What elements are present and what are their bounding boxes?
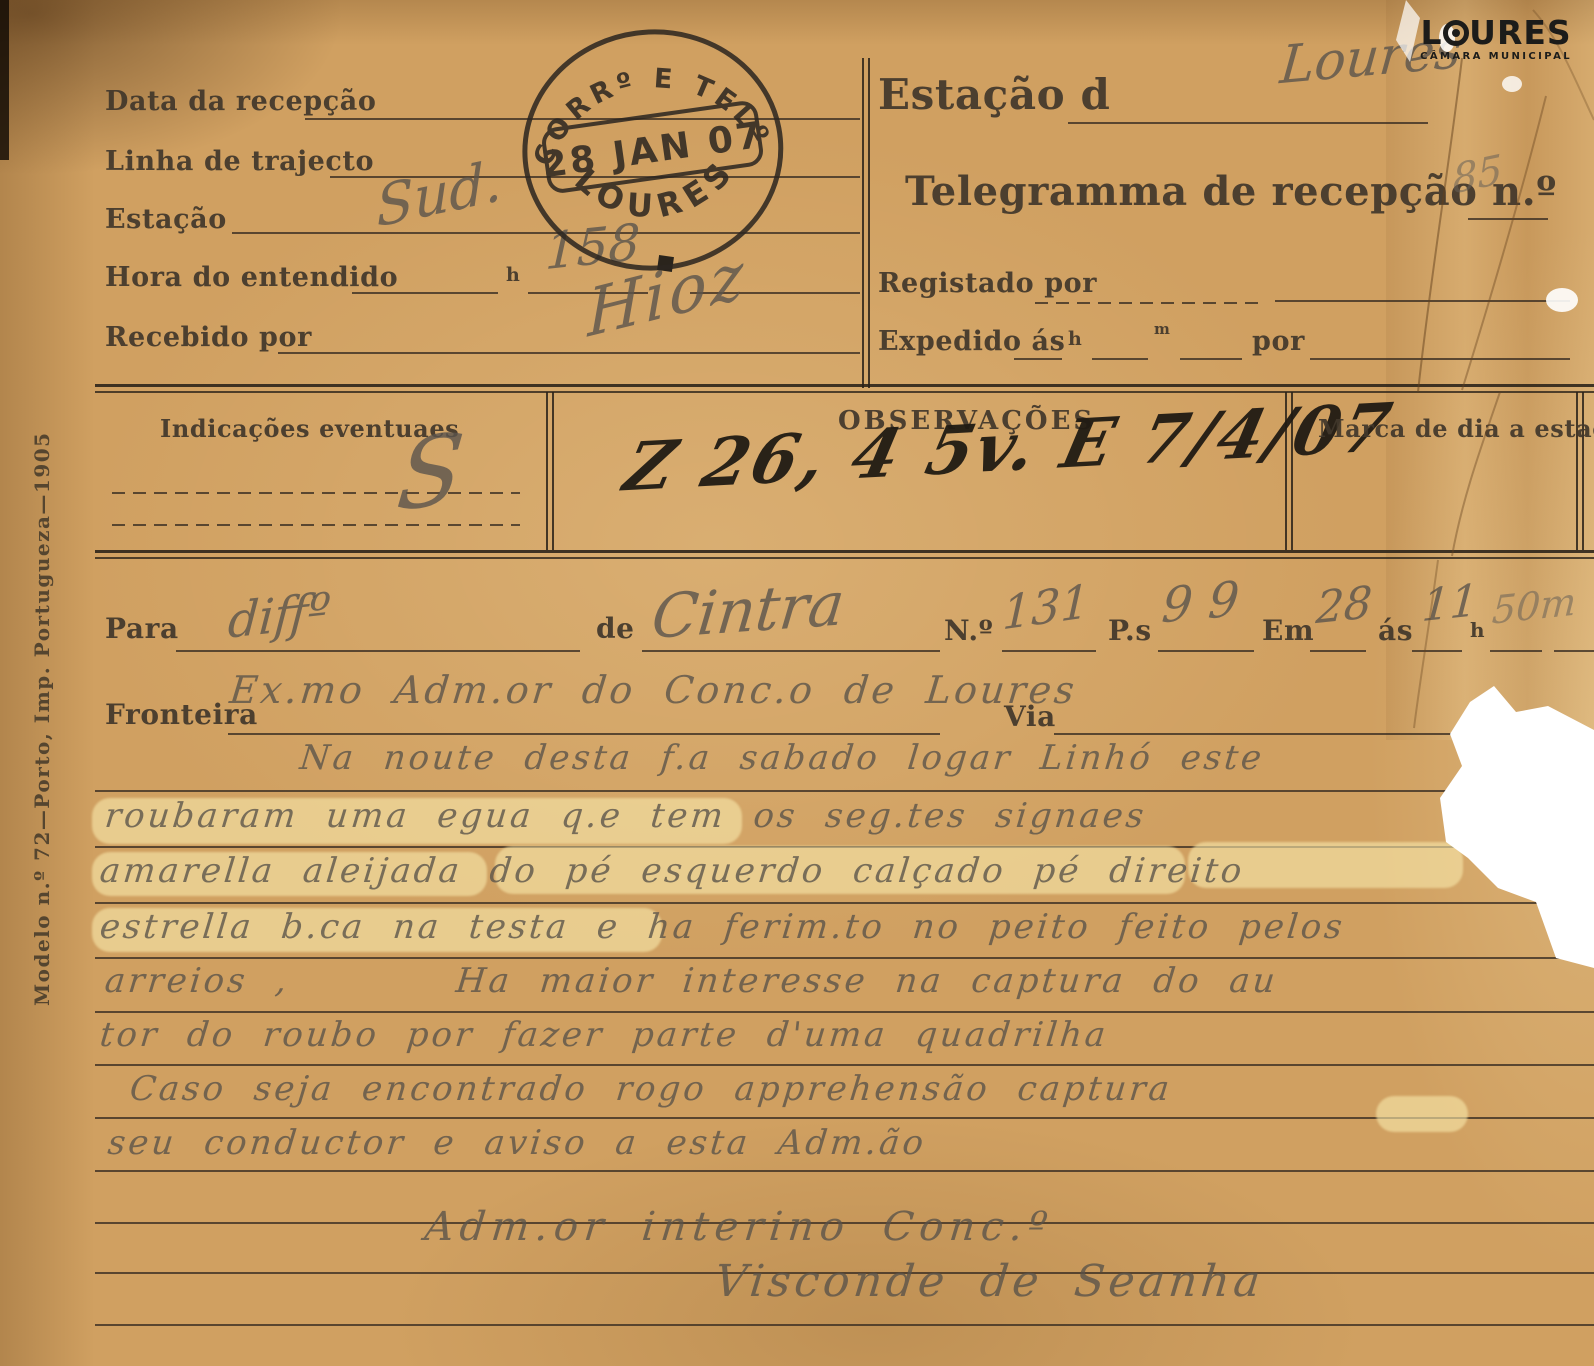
logo-o-mark bbox=[1443, 20, 1469, 46]
field-line bbox=[1054, 733, 1594, 735]
field-line bbox=[1310, 358, 1570, 360]
ruled-line bbox=[95, 902, 1594, 904]
field-unit-h: h bbox=[1470, 618, 1485, 642]
handwriting-indicacoes-value: S bbox=[392, 412, 468, 534]
field-label-expedido-as: Expedido ás bbox=[878, 326, 1065, 357]
field-label-linha-trajecto: Linha de trajecto bbox=[105, 146, 374, 177]
message-signature-role: Adm.or interino Conc.º bbox=[423, 1204, 1056, 1250]
scan-edge-shadow bbox=[0, 0, 9, 160]
telegram-reception-form: Modelo n.º 72—Porto, Imp. Portugueza—190… bbox=[0, 0, 1594, 1366]
ruled-line bbox=[95, 1324, 1594, 1326]
message-line: amarella aleijada do pé esquerdo calçado… bbox=[98, 851, 1247, 891]
handwriting-em-value: 28 bbox=[1314, 577, 1373, 635]
field-label-ps: P.s bbox=[1108, 614, 1152, 647]
postmark-stamp: CORRº E TELº 28 JAN 07 LOURES bbox=[505, 13, 800, 292]
field-label-por: por bbox=[1252, 326, 1305, 357]
field-unit-h: h bbox=[1068, 328, 1082, 350]
field-unit-h: h bbox=[506, 264, 520, 286]
message-line: Na noute desta f.a sabado logar Linhó es… bbox=[298, 738, 1266, 778]
field-label-em: Em bbox=[1262, 614, 1314, 647]
message-line: roubaram uma egua q.e tem os seg.tes sig… bbox=[103, 796, 1149, 836]
separator-rule bbox=[95, 550, 1594, 559]
field-line bbox=[278, 352, 860, 354]
field-label-as: ás bbox=[1378, 614, 1413, 647]
field-label-data-recepcao: Data da recepção bbox=[105, 86, 377, 117]
ruled-line bbox=[95, 1117, 1594, 1119]
field-line bbox=[1014, 358, 1062, 360]
printer-imprint: Modelo n.º 72—Porto, Imp. Portugueza—190… bbox=[30, 426, 54, 1006]
logo-title: LURES bbox=[1420, 16, 1572, 49]
message-signature-name: Visconde de Seanha bbox=[712, 1256, 1266, 1307]
handwriting-para-value: diffº bbox=[226, 582, 332, 649]
field-line bbox=[1158, 650, 1254, 652]
field-line bbox=[1554, 650, 1594, 652]
message-line: seu conductor e aviso a esta Adm.ão bbox=[106, 1123, 928, 1163]
ruled-line bbox=[95, 790, 1594, 792]
field-line bbox=[228, 733, 940, 735]
message-line: tor do roubo por fazer parte d'uma quadr… bbox=[98, 1015, 1110, 1055]
field-label-de: de bbox=[596, 612, 635, 645]
field-label-para: Para bbox=[105, 612, 179, 645]
logo-subtitle: CÂMARA MUNICIPAL bbox=[1420, 51, 1572, 62]
field-label-hora-entendido: Hora do entendido bbox=[105, 262, 398, 293]
field-line bbox=[176, 650, 580, 652]
field-line bbox=[1468, 218, 1548, 220]
logo: LURES CÂMARA MUNICIPAL bbox=[1420, 16, 1572, 62]
field-line bbox=[1035, 302, 1265, 304]
cell-label-marca-dia: Marca de dia a estação bbox=[1318, 414, 1594, 443]
field-unit-m: m bbox=[1154, 320, 1170, 338]
field-label-recebido-por: Recebido por bbox=[105, 322, 312, 353]
cell-divider bbox=[546, 392, 554, 550]
handwriting-ps-value: 99 bbox=[1160, 570, 1258, 635]
column-divider bbox=[862, 58, 870, 388]
handwriting-h-value: 50m bbox=[1491, 579, 1578, 632]
field-line bbox=[1002, 650, 1096, 652]
message-line: arreios , Ha maior interesse na captura … bbox=[103, 961, 1280, 1001]
field-label-estacao-d: Estação d bbox=[878, 70, 1110, 119]
ruled-line bbox=[95, 1011, 1594, 1013]
field-label-numero: N.º bbox=[944, 614, 993, 647]
handwriting-numero-value: 131 bbox=[1001, 573, 1090, 640]
field-label-registado-por: Registado por bbox=[878, 268, 1097, 299]
message-line: Ex.mo Adm.or do Conc.o de Loures bbox=[228, 668, 1080, 712]
field-line bbox=[1180, 358, 1242, 360]
handwriting-estacao-value: Sud. bbox=[375, 148, 503, 241]
handwriting-de-value: Cintra bbox=[649, 569, 848, 653]
field-line bbox=[1490, 650, 1542, 652]
highlight-mark bbox=[1376, 1096, 1468, 1132]
field-line bbox=[1275, 300, 1570, 302]
field-line bbox=[1412, 650, 1462, 652]
message-line: Caso seja encontrado rogo apprehensão ca… bbox=[128, 1069, 1174, 1109]
field-line bbox=[1068, 122, 1428, 124]
field-line bbox=[1310, 650, 1366, 652]
field-label-estacao: Estação bbox=[105, 204, 227, 235]
cell-line bbox=[112, 524, 520, 526]
ruled-line bbox=[95, 1170, 1594, 1172]
field-line bbox=[1092, 358, 1148, 360]
field-line bbox=[352, 292, 498, 294]
ruled-line bbox=[95, 1064, 1594, 1066]
ruled-line bbox=[95, 957, 1594, 959]
message-line: estrella b.ca na testa e ha ferim.to no … bbox=[98, 907, 1347, 947]
